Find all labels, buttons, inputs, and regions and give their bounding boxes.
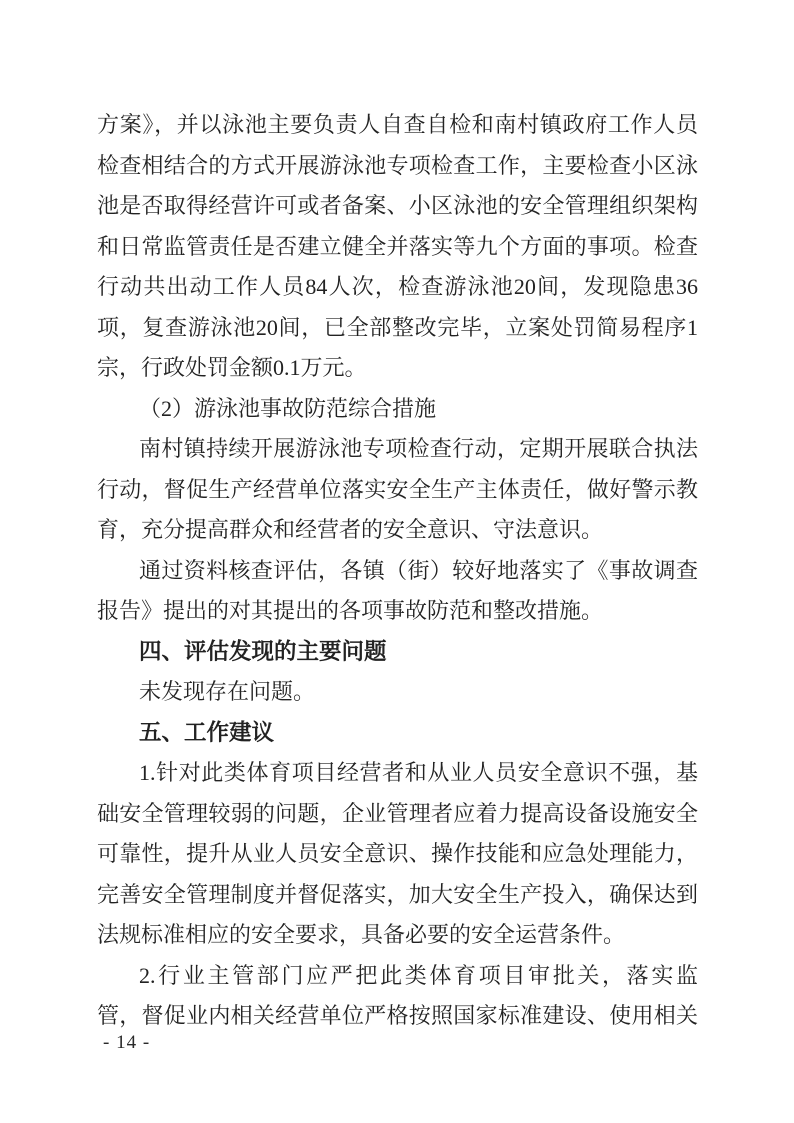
body-text-line: 南村镇持续开展游泳池专项检查行动，定期开展联合执法 — [97, 429, 698, 470]
body-text-line: 检查相结合的方式开展游泳池专项检查工作，主要检查小区泳 — [97, 146, 698, 187]
body-text-line: 1.针对此类体育项目经营者和从业人员安全意识不强，基 — [97, 753, 698, 794]
body-text-line: 和日常监管责任是否建立健全并落实等九个方面的事项。检查 — [97, 227, 698, 268]
body-text-line: 育，充分提高群众和经营者的安全意识、守法意识。 — [97, 510, 698, 551]
body-text-line: 可靠性，提升从业人员安全意识、操作技能和应急处理能力， — [97, 834, 698, 875]
body-text-line: 行动共出动工作人员84人次，检查游泳池20间，发现隐患36 — [97, 267, 698, 308]
body-text-line: 2.行业主管部门应严把此类体育项目审批关，落实监 — [97, 956, 698, 997]
body-text-line: 通过资料核查评估，各镇（街）较好地落实了《事故调查 — [97, 551, 698, 592]
body-text-line: 宗，行政处罚金额0.1万元。 — [97, 348, 698, 389]
document-page: 方案》，并以泳池主要负责人自查自检和南村镇政府工作人员 检查相结合的方式开展游泳… — [0, 0, 794, 1123]
body-text-line: 报告》提出的对其提出的各项事故防范和整改措施。 — [97, 591, 698, 632]
body-text-line: 础安全管理较弱的问题，企业管理者应着力提高设备设施安全 — [97, 794, 698, 835]
body-text-line: 未发现存在问题。 — [97, 672, 698, 713]
body-text-line: 池是否取得经营许可或者备案、小区泳池的安全管理组织架构 — [97, 186, 698, 227]
body-text-line: 项，复查游泳池20间，已全部整改完毕，立案处罚简易程序1 — [97, 308, 698, 349]
body-text-line: 管，督促业内相关经营单位严格按照国家标准建设、使用相关 — [97, 996, 698, 1037]
document-body: 方案》，并以泳池主要负责人自查自检和南村镇政府工作人员 检查相结合的方式开展游泳… — [97, 105, 698, 1037]
body-text-line: 法规标准相应的安全要求，具备必要的安全运营条件。 — [97, 915, 698, 956]
section-heading-5: 五、工作建议 — [97, 713, 698, 754]
subsection-title: （2）游泳池事故防范综合措施 — [97, 389, 698, 430]
body-text-line: 完善安全管理制度并督促落实，加大安全生产投入，确保达到 — [97, 875, 698, 916]
page-number: - 14 - — [103, 1033, 150, 1053]
body-text-line: 行动，督促生产经营单位落实安全生产主体责任，做好警示教 — [97, 470, 698, 511]
section-heading-4: 四、评估发现的主要问题 — [97, 632, 698, 673]
body-text-line: 方案》，并以泳池主要负责人自查自检和南村镇政府工作人员 — [97, 105, 698, 146]
